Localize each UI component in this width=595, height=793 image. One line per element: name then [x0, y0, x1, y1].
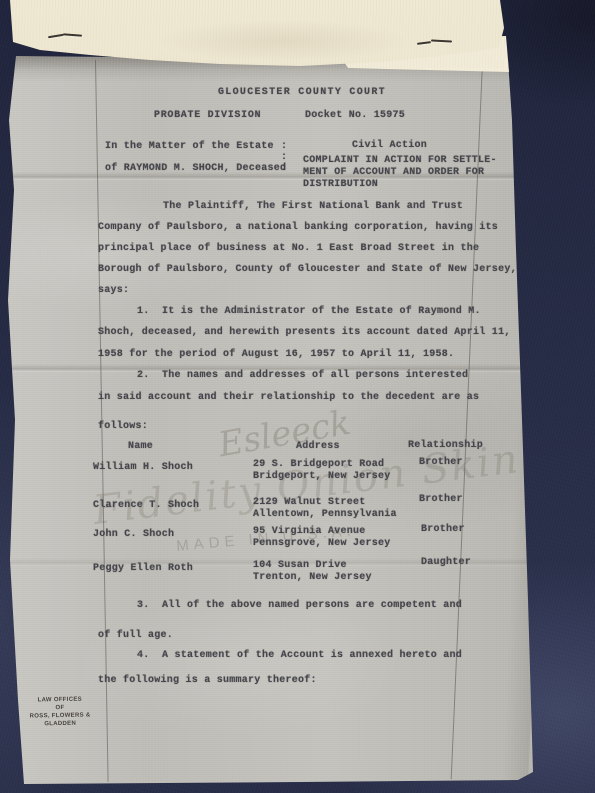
- person-address: Allentown, Pennsylvania: [253, 509, 397, 520]
- person-address: 2129 Walnut Street: [253, 497, 366, 508]
- typed-line: the following is a summary thereof:: [98, 675, 317, 686]
- caption-left-line: In the Matter of the Estate: [105, 141, 274, 152]
- person-address: 104 Susan Drive: [253, 560, 347, 571]
- law-office-stamp: LAW OFFICES OF ROSS, FLOWERS & GLADDEN: [14, 695, 107, 729]
- person-relationship: Brother: [419, 494, 463, 505]
- person-relationship: Brother: [419, 457, 463, 468]
- typed-line: says:: [98, 285, 129, 296]
- paper-watermark-brand: Esleeck: [216, 403, 354, 465]
- typed-line: 1. It is the Administrator of the Estate…: [137, 306, 481, 317]
- typed-line: follows:: [98, 421, 148, 432]
- photo-of-document: Esleeck Fidelity Onion Skin MADE IN U.S.…: [0, 0, 595, 793]
- caption-complaint-line: MENT OF ACCOUNT AND ORDER FOR: [303, 167, 484, 178]
- caption-colon: :: [281, 163, 287, 174]
- document-page: Esleeck Fidelity Onion Skin MADE IN U.S.…: [0, 0, 595, 793]
- person-name: Clarence T. Shoch: [93, 500, 199, 511]
- typed-line: principal place of business at No. 1 Eas…: [98, 243, 479, 254]
- typed-line: Borough of Paulsboro, County of Gloucest…: [98, 264, 517, 275]
- person-address: Bridgeport, New Jersey: [253, 471, 391, 482]
- table-header-name: Name: [128, 441, 153, 452]
- division-label: PROBATE DIVISION: [154, 110, 261, 121]
- person-name: John C. Shoch: [93, 529, 174, 540]
- table-header-address: Address: [296, 441, 340, 452]
- caption-action-type: Civil Action: [352, 140, 427, 151]
- typed-line: The Plaintiff, The First National Bank a…: [163, 201, 463, 212]
- caption-colon: :: [281, 141, 287, 152]
- stamp-line: ROSS, FLOWERS & GLADDEN: [14, 711, 106, 729]
- typed-line: 4. A statement of the Account is annexed…: [137, 650, 462, 661]
- caption-complaint-line: COMPLAINT IN ACTION FOR SETTLE-: [303, 155, 497, 166]
- court-title: GLOUCESTER COUNTY COURT: [218, 87, 386, 98]
- typed-line: 3. All of the above named persons are co…: [137, 600, 462, 611]
- caption-complaint-line: DISTRIBUTION: [303, 179, 378, 190]
- typed-line: Shoch, deceased, and herewith presents i…: [98, 327, 511, 338]
- typed-line: of full age.: [98, 630, 173, 641]
- table-header-relationship: Relationship: [408, 440, 483, 451]
- typed-line: Company of Paulsboro, a national banking…: [98, 222, 498, 233]
- typed-line: 1958 for the period of August 16, 1957 t…: [98, 349, 454, 360]
- caption-colon: :: [281, 152, 287, 163]
- fold-crease: [0, 172, 595, 181]
- person-address: Pennsgrove, New Jersey: [253, 538, 391, 549]
- person-address: Trenton, New Jersey: [253, 572, 372, 583]
- person-relationship: Daughter: [421, 557, 471, 568]
- typed-line: in said account and their relationship t…: [98, 392, 479, 403]
- person-name: Peggy Ellen Roth: [93, 563, 193, 574]
- person-address: 29 S. Bridgeport Road: [253, 459, 384, 470]
- caption-left-line: of RAYMOND M. SHOCH, Deceased: [105, 163, 286, 174]
- person-relationship: Brother: [421, 524, 465, 535]
- docket-number: Docket No. 15975: [305, 110, 405, 121]
- person-name: William H. Shoch: [93, 462, 193, 473]
- typed-line: 2. The names and addresses of all person…: [137, 370, 468, 381]
- person-address: 95 Virginia Avenue: [253, 526, 366, 537]
